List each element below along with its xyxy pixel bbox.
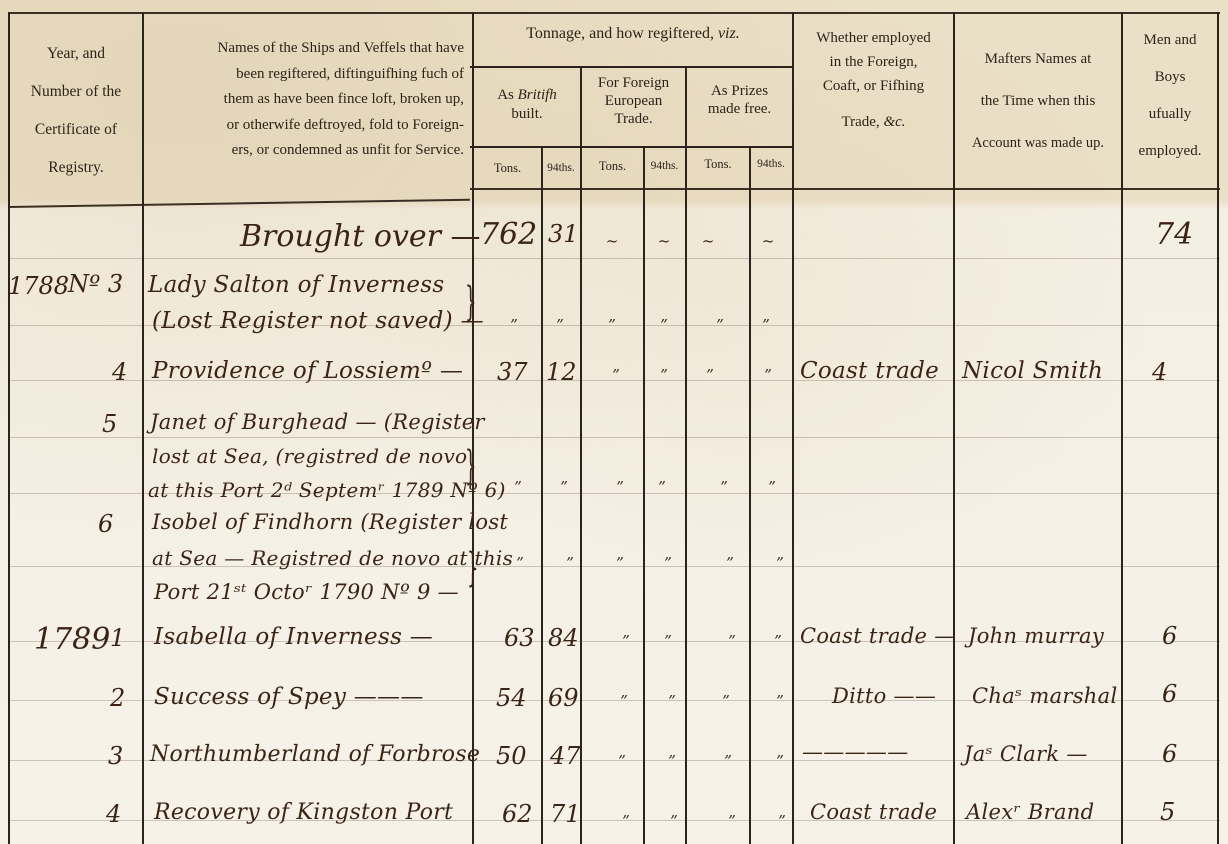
- brought-over-label: Brought over —: [240, 219, 481, 254]
- header-year-number: Year, and Number of the Certificate of R…: [10, 42, 142, 180]
- cell-ditto: ~: [592, 232, 632, 250]
- header-line: Number of the: [10, 80, 142, 104]
- cell-ditto: ”: [700, 316, 740, 334]
- cell-ditto: ”: [752, 478, 792, 496]
- ruled-line: [8, 258, 1220, 259]
- cell-employment: Ditto ——: [832, 684, 936, 708]
- cell-men: 6: [1162, 622, 1177, 650]
- cell-ditto: ”: [642, 478, 682, 496]
- cell-men: 6: [1162, 740, 1177, 768]
- cell-ditto: ”: [690, 366, 730, 384]
- cell-ditto: ”: [652, 692, 692, 710]
- cell-ditto: ”: [748, 366, 788, 384]
- cell-ditto: ”: [606, 812, 646, 830]
- header-line: Boys: [1123, 59, 1217, 96]
- cell-master: Alexʳ Brand: [966, 800, 1094, 824]
- cell-ditto: ”: [654, 812, 694, 830]
- cell-ditto: ”: [710, 554, 750, 572]
- header-viz: viz.: [718, 25, 740, 42]
- header-tons-2: Tons.: [582, 158, 643, 174]
- header-line: Names of the Ships and Veffels that have: [144, 36, 464, 62]
- header-foreign-trade: For Foreign European Trade.: [582, 74, 685, 128]
- cell-employment: Coast trade —: [800, 624, 956, 648]
- cell-ditto: ”: [644, 316, 684, 334]
- cell-ship-name: Lady Salton of Inverness: [148, 272, 444, 298]
- cell-ditto: ”: [652, 752, 692, 770]
- cell-94ths: 47: [550, 742, 581, 770]
- header-line: ufually: [1123, 96, 1217, 133]
- cell-employment: —————: [802, 740, 909, 764]
- header-line: As Prizes: [687, 82, 792, 100]
- cell-number: 4: [106, 800, 121, 828]
- cell-number: 3: [108, 742, 123, 770]
- header-94ths-1: 94ths.: [542, 160, 580, 176]
- cell-number: 6: [98, 510, 113, 538]
- cell-ship-name: Isabella of Inverness —: [154, 624, 433, 650]
- header-line: Tonnage, and how regiftered,: [526, 25, 714, 42]
- cell-ditto: ”: [648, 632, 688, 650]
- header-line: As: [497, 87, 514, 103]
- cell-ship-name: Isobel of Findhorn (Register lost: [152, 510, 508, 534]
- header-line: Year, and: [10, 42, 142, 66]
- header-line: Mafters Names at: [955, 38, 1121, 80]
- header-bottom-rule-left: [8, 199, 470, 208]
- cell-ditto: ”: [712, 812, 752, 830]
- header-line: European: [582, 92, 685, 110]
- header-men-boys: Men and Boys ufually employed.: [1123, 22, 1217, 170]
- header-line: For Foreign: [582, 74, 685, 92]
- header-94ths-3: 94ths.: [750, 156, 792, 172]
- cell-ditto: ”: [712, 632, 752, 650]
- col-rule: [541, 146, 543, 844]
- cell-tons: 762: [480, 217, 537, 252]
- brace-icon: }: [465, 446, 476, 486]
- cell-ship-name: Janet of Burghead — (Register: [150, 410, 485, 434]
- cell-ditto: ”: [604, 692, 644, 710]
- cell-master: Chaˢ marshal: [972, 684, 1117, 708]
- cell-ship-note: (Lost Register not saved) —: [152, 308, 484, 334]
- header-line: or otherwife deftroyed, fold to Foreign-: [144, 113, 464, 139]
- header-british-built: As Britifh built.: [474, 86, 580, 124]
- cell-men: 74: [1155, 217, 1193, 252]
- header-prizes: As Prizes made free.: [687, 82, 792, 118]
- cell-number: Nº 3: [68, 270, 123, 298]
- cell-number: 5: [102, 410, 117, 438]
- cell-ditto: ”: [544, 478, 584, 496]
- header-tonnage: Tonnage, and how regiftered, viz.: [474, 22, 792, 46]
- cell-ditto: ”: [760, 554, 800, 572]
- col-rule: [1217, 12, 1219, 844]
- cell-ditto: ”: [498, 478, 538, 496]
- cell-ship-note: at this Port 2ᵈ Septemʳ 1789 Nº 6): [148, 478, 506, 502]
- header-line: the Time when this: [955, 80, 1121, 122]
- header-top-rule: [8, 12, 1220, 14]
- header-line: employed.: [1123, 133, 1217, 170]
- cell-master: Nicol Smith: [962, 358, 1103, 384]
- cell-ditto: ”: [600, 554, 640, 572]
- cell-ditto: ”: [746, 316, 786, 334]
- cell-ship-name: Providence of Lossiemº —: [152, 358, 463, 384]
- cell-ditto: ”: [550, 554, 590, 572]
- cell-tons: 62: [502, 800, 533, 828]
- cell-94ths: 31: [548, 220, 579, 248]
- header-line: Trade,: [841, 114, 879, 130]
- col-rule: [580, 66, 582, 844]
- cell-tons: 54: [496, 684, 527, 712]
- header-tons-1: Tons.: [474, 160, 541, 176]
- tonnage-sub-rule: [470, 66, 792, 68]
- header-line: them as have been fince loft, broken up,: [144, 87, 464, 113]
- header-line: been regiftered, diftinguifhing fuch of: [144, 62, 464, 88]
- cell-94ths: 84: [548, 624, 579, 652]
- cell-ditto: ”: [708, 752, 748, 770]
- tons-row-rule: [470, 146, 792, 148]
- cell-men: 6: [1162, 680, 1177, 708]
- cell-ditto: ”: [706, 692, 746, 710]
- cell-ship-name: Recovery of Kingston Port: [154, 800, 453, 825]
- col-rule: [749, 146, 751, 844]
- header-line: ers, or condemned as unfit for Service.: [144, 138, 464, 164]
- cell-ditto: ”: [606, 632, 646, 650]
- cell-employment: Coast trade: [810, 800, 937, 824]
- header-line: Registry.: [10, 156, 142, 180]
- cell-tons: 50: [496, 742, 527, 770]
- header-bottom-rule: [470, 188, 1220, 190]
- cell-94ths: 69: [548, 684, 579, 712]
- cell-ditto: ”: [648, 554, 688, 572]
- cell-ship-note: at Sea — Registred de novo at this: [152, 546, 513, 570]
- cell-ditto: ”: [600, 478, 640, 496]
- col-rule: [685, 66, 687, 844]
- cell-number: 2: [110, 684, 125, 712]
- cell-master: Jaˢ Clark —: [964, 742, 1088, 766]
- header-ship-names: Names of the Ships and Veffels that have…: [144, 36, 472, 164]
- header-line: Coaft, or Fifhing: [794, 74, 953, 98]
- header-line: in the Foreign,: [794, 50, 953, 74]
- cell-ditto: ”: [762, 812, 802, 830]
- cell-tons: 37: [497, 358, 528, 386]
- cell-ditto: ~: [644, 232, 684, 250]
- header-line: Trade.: [582, 110, 685, 128]
- cell-ditto: ”: [758, 632, 798, 650]
- cell-ditto: ”: [596, 366, 636, 384]
- cell-ditto: ”: [704, 478, 744, 496]
- cell-ditto: ”: [494, 316, 534, 334]
- header-line: made free.: [687, 100, 792, 118]
- header-line: built.: [474, 105, 580, 124]
- header-line: &c.: [883, 114, 905, 130]
- cell-ditto: ”: [644, 366, 684, 384]
- cell-94ths: 12: [546, 358, 577, 386]
- cell-ship-note: Port 21ˢᵗ Octoʳ 1790 Nº 9 —: [154, 580, 459, 604]
- header-tons-3: Tons.: [687, 156, 749, 172]
- brace-icon: }: [465, 282, 476, 322]
- cell-ship-name: Success of Spey ———: [154, 684, 424, 710]
- header-masters: Mafters Names at the Time when this Acco…: [955, 38, 1121, 164]
- cell-94ths: 71: [550, 800, 581, 828]
- header-94ths-2: 94ths.: [644, 158, 685, 174]
- cell-ditto: ”: [760, 752, 800, 770]
- ledger-page: Year, and Number of the Certificate of R…: [0, 0, 1228, 844]
- cell-employment: Coast trade: [800, 358, 939, 384]
- ruled-line: [8, 437, 1220, 438]
- cell-master: John murray: [968, 624, 1104, 648]
- cell-men: 4: [1152, 358, 1167, 386]
- cell-number: 1: [110, 624, 125, 652]
- cell-ditto: ~: [748, 232, 788, 250]
- cell-ditto: ”: [500, 554, 540, 572]
- cell-men: 5: [1160, 798, 1175, 826]
- brace-icon: }: [467, 548, 478, 588]
- cell-year: 1788: [8, 272, 69, 300]
- header-line: Men and: [1123, 22, 1217, 59]
- header-line: Certificate of: [10, 118, 142, 142]
- cell-ship-note: lost at Sea, (registred de novo: [152, 444, 467, 468]
- cell-ship-name: Northumberland of Forbrose: [150, 742, 480, 767]
- cell-tons: 63: [504, 624, 535, 652]
- cell-ditto: ”: [540, 316, 580, 334]
- cell-ditto: ~: [688, 232, 728, 250]
- cell-ditto: ”: [760, 692, 800, 710]
- header-line: Whether employed: [794, 26, 953, 50]
- cell-ditto: ”: [602, 752, 642, 770]
- cell-ditto: ”: [592, 316, 632, 334]
- cell-year: 1789: [34, 622, 110, 657]
- cell-number: 4: [112, 358, 127, 386]
- header-line: Britifh: [518, 87, 557, 103]
- header-employment: Whether employed in the Foreign, Coaft, …: [794, 26, 953, 146]
- header-line: Account was made up.: [955, 122, 1121, 164]
